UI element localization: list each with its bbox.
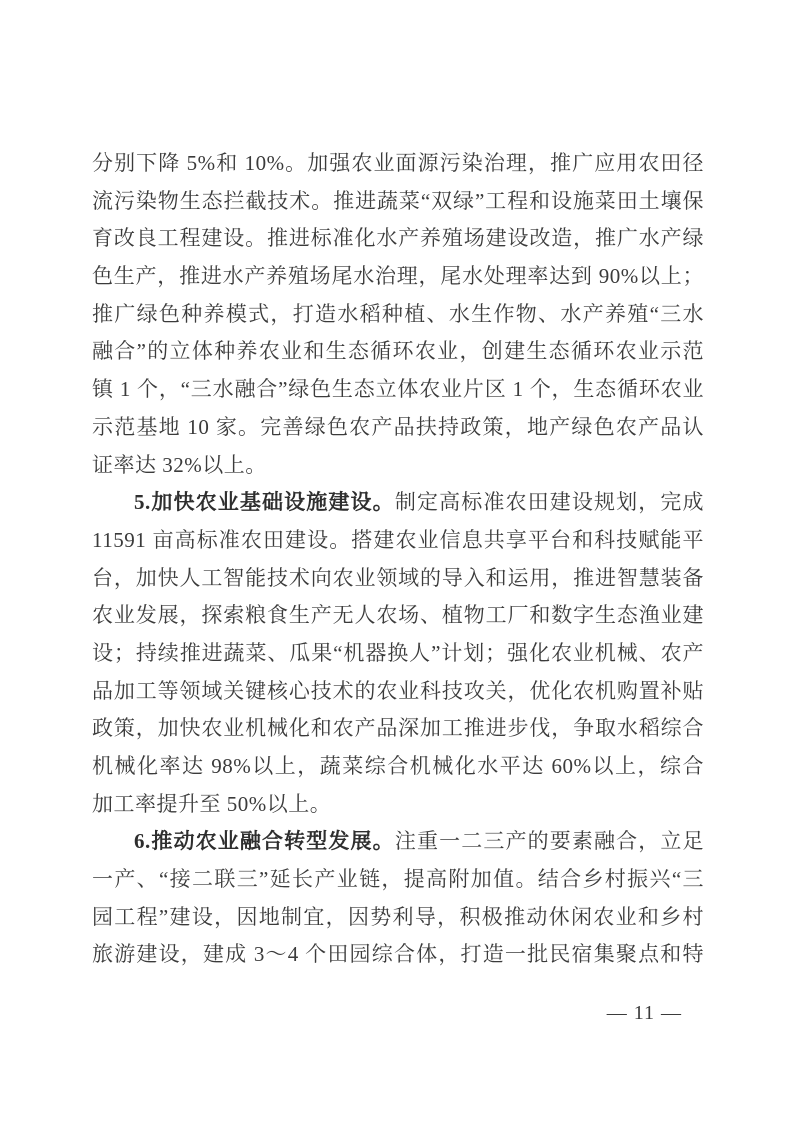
- paragraph-section-6: 6.推动农业融合转型发展。注重一二三产的要素融合，立足 一产、“接二联三”延长产…: [92, 823, 704, 974]
- line-text: 分别下降 5%和 10%。加强农业面源污染治理，推广应用农田径: [92, 151, 704, 175]
- text-line: 一产、“接二联三”延长产业链，提高附加值。结合乡村振兴“三: [92, 861, 704, 899]
- text-line: 品加工等领域关键核心技术的农业科技攻关，优化农机购置补贴: [92, 673, 704, 711]
- line-text: 镇 1 个，“三水融合”绿色生态立体农业片区 1 个，生态循环农业: [92, 377, 704, 401]
- text-line: 示范基地 10 家。完善绿色农产品扶持政策，地产绿色农产品认: [92, 409, 704, 447]
- section-5-heading: 5.加快农业基础设施建设。: [134, 490, 395, 514]
- line-text: 机械化率达 98%以上，蔬菜综合机械化水平达 60%以上，综合: [92, 754, 704, 778]
- line-text: 旅游建设，建成 3～4 个田园综合体，打造一批民宿集聚点和特: [92, 942, 704, 966]
- line-text: 育改良工程建设。推进标准化水产养殖场建设改造，推广水产绿: [92, 226, 704, 250]
- line-text: 品加工等领域关键核心技术的农业科技攻关，优化农机购置补贴: [92, 679, 704, 703]
- page-number: — 11 —: [0, 1002, 800, 1025]
- line-text: 加工率提升至 50%以上。: [92, 792, 331, 816]
- line-text: 农业发展，探索粮食生产无人农场、植物工厂和数字生态渔业建: [92, 603, 704, 627]
- text-line: 育改良工程建设。推进标准化水产养殖场建设改造，推广水产绿: [92, 220, 704, 258]
- text-line: 证率达 32%以上。: [92, 447, 704, 485]
- section-6-heading: 6.推动农业融合转型发展。: [134, 829, 395, 853]
- line-text: 台，加快人工智能技术向农业领域的导入和运用，推进智慧装备: [92, 566, 704, 590]
- text-line: 融合”的立体种养农业和生态循环农业，创建生态循环农业示范: [92, 333, 704, 371]
- text-line: 园工程”建设，因地制宜，因势利导，积极推动休闲农业和乡村: [92, 899, 704, 937]
- text-line: 镇 1 个，“三水融合”绿色生态立体农业片区 1 个，生态循环农业: [92, 371, 704, 409]
- line-text: 政策，加快农业机械化和农产品深加工推进步伐，争取水稻综合: [92, 716, 704, 740]
- text-line: 5.加快农业基础设施建设。制定高标准农田建设规划，完成: [92, 484, 704, 522]
- text-line: 政策，加快农业机械化和农产品深加工推进步伐，争取水稻综合: [92, 710, 704, 748]
- text-line: 机械化率达 98%以上，蔬菜综合机械化水平达 60%以上，综合: [92, 748, 704, 786]
- text-line: 台，加快人工智能技术向农业领域的导入和运用，推进智慧装备: [92, 560, 704, 598]
- text-line: 农业发展，探索粮食生产无人农场、植物工厂和数字生态渔业建: [92, 597, 704, 635]
- text-line: 6.推动农业融合转型发展。注重一二三产的要素融合，立足: [92, 823, 704, 861]
- text-line: 推广绿色种养模式，打造水稻种植、水生作物、水产养殖“三水: [92, 296, 704, 334]
- paragraph-continuation: 分别下降 5%和 10%。加强农业面源污染治理，推广应用农田径 流污染物生态拦截…: [92, 145, 704, 484]
- text-line: 加工率提升至 50%以上。: [92, 786, 704, 824]
- line-text: 证率达 32%以上。: [92, 453, 267, 477]
- line-text: 11591 亩高标准农田建设。搭建农业信息共享平台和科技赋能平: [92, 528, 704, 552]
- line-text: 示范基地 10 家。完善绿色农产品扶持政策，地产绿色农产品认: [92, 415, 704, 439]
- line-text: 融合”的立体种养农业和生态循环农业，创建生态循环农业示范: [92, 339, 704, 363]
- text-line: 设；持续推进蔬菜、瓜果“机器换人”计划；强化农业机械、农产: [92, 635, 704, 673]
- text-line: 分别下降 5%和 10%。加强农业面源污染治理，推广应用农田径: [92, 145, 704, 183]
- line-text: 注重一二三产的要素融合，立足: [395, 829, 704, 853]
- line-text: 流污染物生态拦截技术。推进蔬菜“双绿”工程和设施菜田土壤保: [92, 189, 704, 213]
- line-text: 一产、“接二联三”延长产业链，提高附加值。结合乡村振兴“三: [92, 867, 704, 891]
- document-page: 分别下降 5%和 10%。加强农业面源污染治理，推广应用农田径 流污染物生态拦截…: [0, 0, 800, 1131]
- text-line: 流污染物生态拦截技术。推进蔬菜“双绿”工程和设施菜田土壤保: [92, 183, 704, 221]
- paragraph-section-5: 5.加快农业基础设施建设。制定高标准农田建设规划，完成 11591 亩高标准农田…: [92, 484, 704, 823]
- text-line: 旅游建设，建成 3～4 个田园综合体，打造一批民宿集聚点和特: [92, 936, 704, 974]
- line-text: 园工程”建设，因地制宜，因势利导，积极推动休闲农业和乡村: [92, 905, 704, 929]
- text-line: 色生产，推进水产养殖场尾水治理，尾水处理率达到 90%以上；: [92, 258, 704, 296]
- line-text: 色生产，推进水产养殖场尾水治理，尾水处理率达到 90%以上；: [92, 264, 704, 288]
- body-text: 分别下降 5%和 10%。加强农业面源污染治理，推广应用农田径 流污染物生态拦截…: [92, 145, 704, 974]
- text-line: 11591 亩高标准农田建设。搭建农业信息共享平台和科技赋能平: [92, 522, 704, 560]
- line-text: 制定高标准农田建设规划，完成: [395, 490, 704, 514]
- line-text: 设；持续推进蔬菜、瓜果“机器换人”计划；强化农业机械、农产: [92, 641, 704, 665]
- line-text: 推广绿色种养模式，打造水稻种植、水生作物、水产养殖“三水: [92, 302, 704, 326]
